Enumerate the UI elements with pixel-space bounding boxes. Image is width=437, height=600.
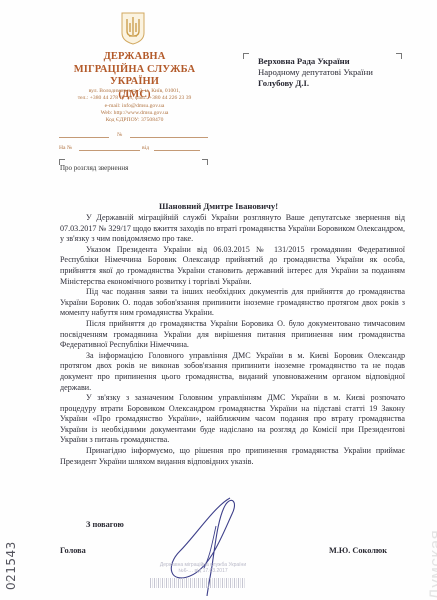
body-paragraph: Указом Президента України від 06.03.2015… <box>60 245 405 287</box>
outgoing-number-line <box>130 137 208 138</box>
reply-to-date-label: від <box>142 145 149 151</box>
signer-position: Голова <box>60 546 86 555</box>
letter-page: ДЕРЖАВНА МІГРАЦІЙНА СЛУЖБА УКРАЇНИ (ДМС)… <box>0 0 437 600</box>
body-paragraph: Під час подання заяви та інших необхідни… <box>60 287 405 319</box>
reply-to-number-line <box>79 150 140 151</box>
registration-stamp: Державна міграційна служба України №6-… … <box>148 562 258 574</box>
ukraine-trident-emblem-icon <box>120 11 146 45</box>
body-paragraph: У зв'язку з зазначеним Головним управлін… <box>60 393 405 446</box>
addressee-block: Верховна Рада України Народному депутато… <box>258 56 373 89</box>
agency-phone-fax: тел.: +380 44 278 17 18, факс: +380 44 2… <box>52 95 217 102</box>
closing-phrase: З повагою <box>86 520 124 529</box>
body-paragraph: У Державній міграційній службі України р… <box>60 213 405 245</box>
letter-subject: Про розгляд звернення <box>60 164 128 172</box>
addressee-organization: Верховна Рада України <box>258 56 373 67</box>
reply-to-date-line <box>154 150 200 151</box>
addressee-corner-mark <box>243 53 249 59</box>
outgoing-number-label: № <box>117 132 122 138</box>
reply-to-number-label: На № <box>59 145 72 151</box>
addressee-title: Народному депутатові України <box>258 67 373 78</box>
body-paragraph: Після прийняття до громадянства України … <box>60 319 405 351</box>
agency-edrpou-code: Код ЄДРПОУ: 37508470 <box>52 117 217 124</box>
publisher-watermark: Думская <box>426 530 437 600</box>
agency-contacts: вул. Володимирська, 9, м. Київ, 01001, т… <box>52 88 217 124</box>
body-paragraph: За інформацією Головного управління ДМС … <box>60 351 405 393</box>
stamp-number-date: №6-… від 17.03.2017 <box>148 568 258 574</box>
letter-body: У Державній міграційній службі України р… <box>60 213 405 467</box>
registration-number: 021543 <box>4 541 18 590</box>
barcode-icon <box>150 578 246 588</box>
outgoing-date-line <box>59 137 109 138</box>
agency-website: Web: http://www.dmsu.gov.ua <box>52 110 217 117</box>
body-paragraph: Принагідно інформуємо, що рішення про пр… <box>60 446 405 467</box>
signer-name: М.Ю. Соколюк <box>329 546 387 555</box>
addressee-name: Голубову Д.І. <box>258 78 373 89</box>
subject-corner-mark <box>202 159 208 165</box>
salutation: Шановний Дмитре Івановичу! <box>0 201 437 211</box>
addressee-corner-mark <box>396 53 402 59</box>
margin-mark: ᵠ <box>8 580 10 586</box>
agency-email: e-mail: info@dmsu.gov.ua <box>52 103 217 110</box>
agency-name-line: МІГРАЦІЙНА СЛУЖБА УКРАЇНИ <box>52 64 217 89</box>
agency-name-line: ДЕРЖАВНА <box>52 51 217 64</box>
